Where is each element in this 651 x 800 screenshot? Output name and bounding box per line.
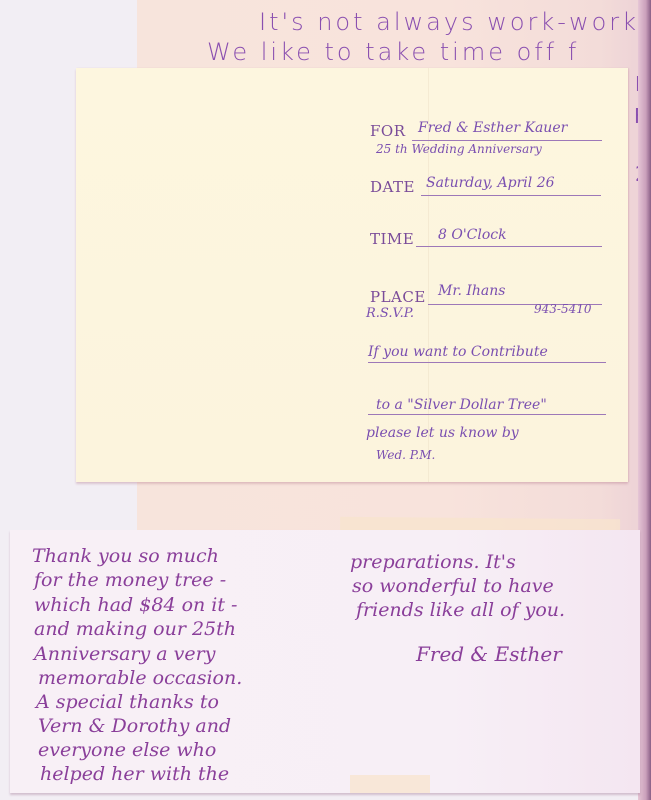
thanks-line-5: Anniversary a very [34, 642, 215, 667]
date-rule [421, 195, 601, 196]
place-value: Mr. Ihans [438, 283, 505, 299]
for-rule [412, 140, 602, 141]
thanks-line-8: Vern & Dorothy and [38, 714, 231, 739]
thanks-line-10: helped her with the [40, 762, 229, 787]
for-value: Fred & Esther Kauer [418, 120, 567, 136]
time-label: TIME [370, 230, 414, 248]
note-line-3: please let us know by [366, 425, 519, 441]
note-line-4: Wed. P.M. [376, 448, 435, 462]
note-line-2: to a "Silver Dollar Tree" [376, 397, 547, 413]
for-label: FOR [370, 122, 406, 140]
date-label: DATE [370, 178, 415, 196]
rsvp-text: R.S.V.P. [366, 306, 414, 321]
note-line-1: If you want to Contribute [368, 344, 548, 360]
thanks-right-line-3: friends like all of you. [356, 598, 565, 623]
note-rule-2 [368, 414, 606, 415]
signature: Fred & Esther [416, 642, 562, 667]
tape-strip-bottom [350, 775, 430, 793]
back-note-line-2: We like to take time off f [207, 38, 579, 66]
thanks-line-1: Thank you so much [32, 544, 219, 569]
thanks-line-7: A special thanks to [36, 690, 219, 715]
date-value: Saturday, April 26 [426, 175, 555, 191]
thanks-line-4: and making our 25th [34, 617, 236, 642]
for-label-text: FOR [370, 122, 406, 140]
back-note-line-1: It's not always work-work- [259, 8, 651, 36]
time-rule [416, 246, 602, 247]
thanks-line-6: memorable occasion. [38, 666, 242, 691]
thanks-right-line-1: preparations. It's [350, 550, 516, 575]
for-value-line2: 25 th Wedding Anniversary [376, 142, 542, 156]
time-value: 8 O'Clock [438, 227, 507, 243]
place-label: PLACE [370, 288, 426, 306]
thanks-line-3: which had $84 on it - [34, 593, 237, 618]
invitation-card: FOR Fred & Esther Kauer 25 th Wedding An… [76, 68, 628, 482]
note-rule-1 [368, 362, 606, 363]
thanks-line-9: everyone else who [38, 738, 216, 763]
phone-number: 943-5410 [534, 302, 592, 316]
thank-you-card: Thank you so much for the money tree - w… [10, 530, 640, 793]
thanks-line-2: for the money tree - [34, 568, 226, 593]
thanks-right-line-2: so wonderful to have [352, 574, 554, 599]
